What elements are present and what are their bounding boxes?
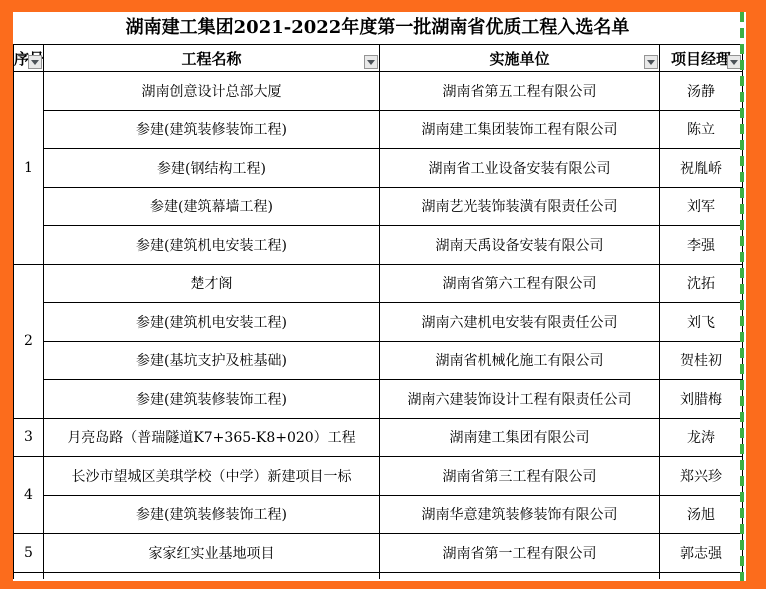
filter-dropdown-button-manager[interactable] [727, 55, 741, 69]
cell-project-name[interactable]: 参建(建筑机电安装工程) [44, 226, 380, 265]
header-project-manager[interactable]: 项目经理 [660, 45, 743, 72]
cell-serial[interactable]: 5 [14, 534, 44, 573]
table-row: 参建(建筑机电安装工程)湖南天禹设备安装有限公司李强 [14, 226, 743, 265]
table-row: 参建(建筑装修装饰工程)湖南建工集团装饰工程有限公司陈立 [14, 110, 743, 149]
header-implementing-unit-label: 实施单位 [489, 50, 549, 68]
cell-implementing-unit[interactable]: 湖南省第一工程有限公司 [380, 534, 660, 573]
header-project-name[interactable]: 工程名称 [44, 45, 380, 72]
cell-serial[interactable]: 1 [14, 72, 44, 265]
table-row: 参建(建筑装修装饰工程)湖南华意建筑装修装饰有限公司汤旭 [14, 495, 743, 534]
cell-empty [660, 572, 743, 579]
cell-project-manager[interactable]: 贺桂初 [660, 341, 743, 380]
cell-project-name[interactable]: 参建(建筑装修装饰工程) [44, 110, 380, 149]
cell-project-name[interactable]: 湖南创意设计总部大厦 [44, 72, 380, 111]
header-project-manager-label: 项目经理 [671, 50, 731, 68]
header-row: 序号 工程名称 实施单位 项目经理 [14, 45, 743, 72]
cell-serial[interactable]: 3 [14, 418, 44, 457]
table-row: 2楚才阁湖南省第六工程有限公司沈拓 [14, 264, 743, 303]
cell-implementing-unit[interactable]: 湖南华意建筑装修装饰有限公司 [380, 495, 660, 534]
header-implementing-unit[interactable]: 实施单位 [380, 45, 660, 72]
table-row: 1湖南创意设计总部大厦湖南省第五工程有限公司汤静 [14, 72, 743, 111]
cell-implementing-unit[interactable]: 湖南六建装饰设计工程有限责任公司 [380, 380, 660, 419]
cell-serial[interactable]: 4 [14, 457, 44, 534]
cell-project-name[interactable]: 家家红实业基地项目 [44, 534, 380, 573]
cell-implementing-unit[interactable]: 湖南省机械化施工有限公司 [380, 341, 660, 380]
cell-project-manager[interactable]: 刘军 [660, 187, 743, 226]
cell-empty [380, 572, 660, 579]
filter-dropdown-button-project-name[interactable] [364, 55, 378, 69]
cell-project-manager[interactable]: 沈拓 [660, 264, 743, 303]
cell-implementing-unit[interactable]: 湖南省工业设备安装有限公司 [380, 149, 660, 188]
header-serial[interactable]: 序号 [14, 45, 44, 72]
cell-implementing-unit[interactable]: 湖南省第六工程有限公司 [380, 264, 660, 303]
cell-project-manager[interactable]: 郭志强 [660, 534, 743, 573]
table-row: 参建(建筑幕墙工程)湖南艺光装饰装潢有限责任公司刘军 [14, 187, 743, 226]
cell-implementing-unit[interactable]: 湖南天禹设备安装有限公司 [380, 226, 660, 265]
table-row: 5家家红实业基地项目湖南省第一工程有限公司郭志强 [14, 534, 743, 573]
cell-project-manager[interactable]: 汤静 [660, 72, 743, 111]
table-row: 4长沙市望城区美琪学校（中学）新建项目一标湖南省第三工程有限公司郑兴珍 [14, 457, 743, 496]
chevron-down-icon [31, 60, 39, 65]
chevron-down-icon [367, 60, 375, 65]
cell-implementing-unit[interactable]: 湖南省第三工程有限公司 [380, 457, 660, 496]
spreadsheet-area: 湖南建工集团2021-2022年度第一批湖南省优质工程入选名单 序号 工程名称 … [13, 12, 746, 581]
cell-empty [44, 572, 380, 579]
table-row: 3月亮岛路（普瑞隧道K7+365-K8+020）工程湖南建工集团有限公司龙涛 [14, 418, 743, 457]
table-title: 湖南建工集团2021-2022年度第一批湖南省优质工程入选名单 [13, 12, 742, 44]
cell-project-manager[interactable]: 刘飞 [660, 303, 743, 342]
header-project-name-label: 工程名称 [181, 50, 241, 68]
cell-implementing-unit[interactable]: 湖南建工集团有限公司 [380, 418, 660, 457]
cell-project-manager[interactable]: 祝胤峤 [660, 149, 743, 188]
table-row-partial [14, 572, 743, 579]
cell-implementing-unit[interactable]: 湖南艺光装饰装潢有限责任公司 [380, 187, 660, 226]
cell-project-name[interactable]: 长沙市望城区美琪学校（中学）新建项目一标 [44, 457, 380, 496]
cell-project-manager[interactable]: 李强 [660, 226, 743, 265]
filter-dropdown-button-unit[interactable] [644, 55, 658, 69]
cell-project-name[interactable]: 参建(建筑装修装饰工程) [44, 495, 380, 534]
cell-project-name[interactable]: 楚才阁 [44, 264, 380, 303]
cell-project-name[interactable]: 参建(建筑机电安装工程) [44, 303, 380, 342]
filter-dropdown-button-serial[interactable] [28, 55, 42, 69]
cell-empty [14, 572, 44, 579]
cell-implementing-unit[interactable]: 湖南建工集团装饰工程有限公司 [380, 110, 660, 149]
chevron-down-icon [647, 60, 655, 65]
cell-project-name[interactable]: 参建(钢结构工程) [44, 149, 380, 188]
page-break-line [740, 12, 744, 581]
chevron-down-icon [730, 60, 738, 65]
cell-project-manager[interactable]: 龙涛 [660, 418, 743, 457]
cell-project-manager[interactable]: 刘腊梅 [660, 380, 743, 419]
table-row: 参建(基坑支护及桩基础)湖南省机械化施工有限公司贺桂初 [14, 341, 743, 380]
cell-project-manager[interactable]: 郑兴珍 [660, 457, 743, 496]
cell-project-manager[interactable]: 陈立 [660, 110, 743, 149]
cell-implementing-unit[interactable]: 湖南省第五工程有限公司 [380, 72, 660, 111]
cell-project-name[interactable]: 参建(基坑支护及桩基础) [44, 341, 380, 380]
cell-project-manager[interactable]: 汤旭 [660, 495, 743, 534]
table-row: 参建(建筑机电安装工程)湖南六建机电安装有限责任公司刘飞 [14, 303, 743, 342]
cell-project-name[interactable]: 参建(建筑装修装饰工程) [44, 380, 380, 419]
cell-serial[interactable]: 2 [14, 264, 44, 418]
cell-project-name[interactable]: 月亮岛路（普瑞隧道K7+365-K8+020）工程 [44, 418, 380, 457]
cell-implementing-unit[interactable]: 湖南六建机电安装有限责任公司 [380, 303, 660, 342]
projects-table: 序号 工程名称 实施单位 项目经理 1湖南创意设计总部大厦湖南省第五工程有限公司… [13, 44, 743, 579]
cell-project-name[interactable]: 参建(建筑幕墙工程) [44, 187, 380, 226]
table-body: 1湖南创意设计总部大厦湖南省第五工程有限公司汤静参建(建筑装修装饰工程)湖南建工… [14, 72, 743, 579]
table-row: 参建(建筑装修装饰工程)湖南六建装饰设计工程有限责任公司刘腊梅 [14, 380, 743, 419]
table-row: 参建(钢结构工程)湖南省工业设备安装有限公司祝胤峤 [14, 149, 743, 188]
